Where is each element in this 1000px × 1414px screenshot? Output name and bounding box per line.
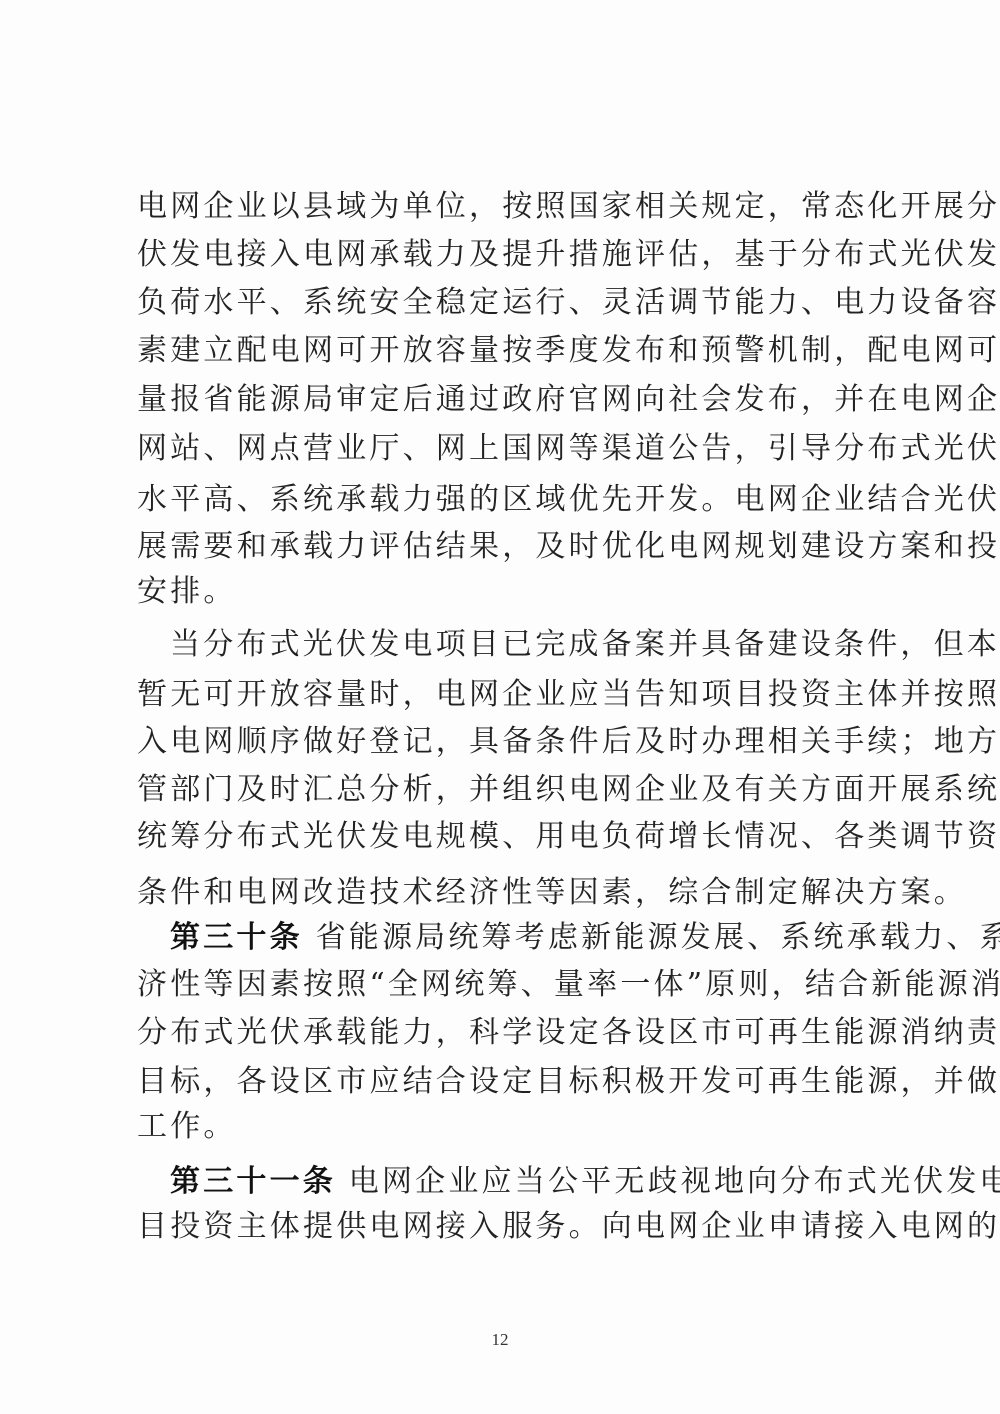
article-30-line-1: 第三十条 省能源局统筹考虑新能源发展、系统承载力、系统经 [170, 920, 873, 956]
article-30-heading: 第三十条 [170, 920, 303, 955]
article-31-heading: 第三十一条 [170, 1164, 336, 1199]
paragraph-2-line-6: 条件和电网改造技术经济性等因素，综合制定解决方案。 [137, 875, 873, 911]
article-31-line-2: 目投资主体提供电网接入服务。向电网企业申请接入电网的分布式 [137, 1209, 873, 1245]
paragraph-2-line-2: 暂无可开放容量时，电网企业应当告知项目投资主体并按照申请接 [137, 677, 873, 713]
article-30-line-4: 目标，各设区市应结合设定目标积极开发可再生能源，并做好消纳 [137, 1064, 873, 1100]
paragraph-1-line-5: 量报省能源局审定后通过政府官网向社会发布，并在电网企业门户 [137, 382, 873, 418]
paragraph-1-line-2: 伏发电接入电网承载力及提升措施评估，基于分布式光伏发电规模、 [137, 237, 873, 273]
page-number: 12 [0, 1330, 1000, 1350]
paragraph-1-line-8: 展需要和承载力评估结果，及时优化电网规划建设方案和投资计划 [137, 529, 873, 565]
paragraph-2-line-5: 统筹分布式光伏发电规模、用电负荷增长情况、各类调节资源开发 [137, 819, 873, 855]
paragraph-1-line-3: 负荷水平、系统安全稳定运行、灵活调节能力、电力设备容量等因 [137, 285, 873, 321]
paragraph-2-line-4: 管部门及时汇总分析，并组织电网企业及有关方面开展系统性研究， [137, 772, 873, 808]
article-30-line-3: 分布式光伏承载能力，科学设定各设区市可再生能源消纳责任权重 [137, 1015, 873, 1051]
article-30-line-5: 工作。 [137, 1109, 873, 1145]
paragraph-2-line-3: 入电网顺序做好登记，具备条件后及时办理相关手续；地方能源主 [137, 724, 873, 760]
paragraph-2-line-1: 当分布式光伏发电项目已完成备案并具备建设条件，但本地区 [170, 627, 873, 663]
paragraph-1-line-1: 电网企业以县域为单位，按照国家相关规定，常态化开展分布式光 [137, 189, 873, 225]
article-30-line-1-text: 省能源局统筹考虑新能源发展、系统承载力、系统经 [316, 920, 1000, 955]
article-30-line-2: 济性等因素按照“全网统筹、量率一体”原则，结合新能源消纳水平、 [137, 967, 873, 1003]
article-31-line-1-text: 电网企业应当公平无歧视地向分布式光伏发电项 [349, 1164, 1000, 1199]
paragraph-1-line-4: 素建立配电网可开放容量按季度发布和预警机制，配电网可开放容 [137, 333, 873, 369]
paragraph-1-line-9: 安排。 [137, 574, 873, 610]
document-page: 电网企业以县域为单位，按照国家相关规定，常态化开展分布式光 伏发电接入电网承载力… [0, 0, 1000, 1414]
article-31-line-1: 第三十一条 电网企业应当公平无歧视地向分布式光伏发电项 [170, 1164, 873, 1200]
paragraph-1-line-7: 水平高、系统承载力强的区域优先开发。电网企业结合光伏发电发 [137, 482, 873, 518]
paragraph-1-line-6: 网站、网点营业厅、网上国网等渠道公告，引导分布式光伏在负荷 [137, 431, 873, 467]
